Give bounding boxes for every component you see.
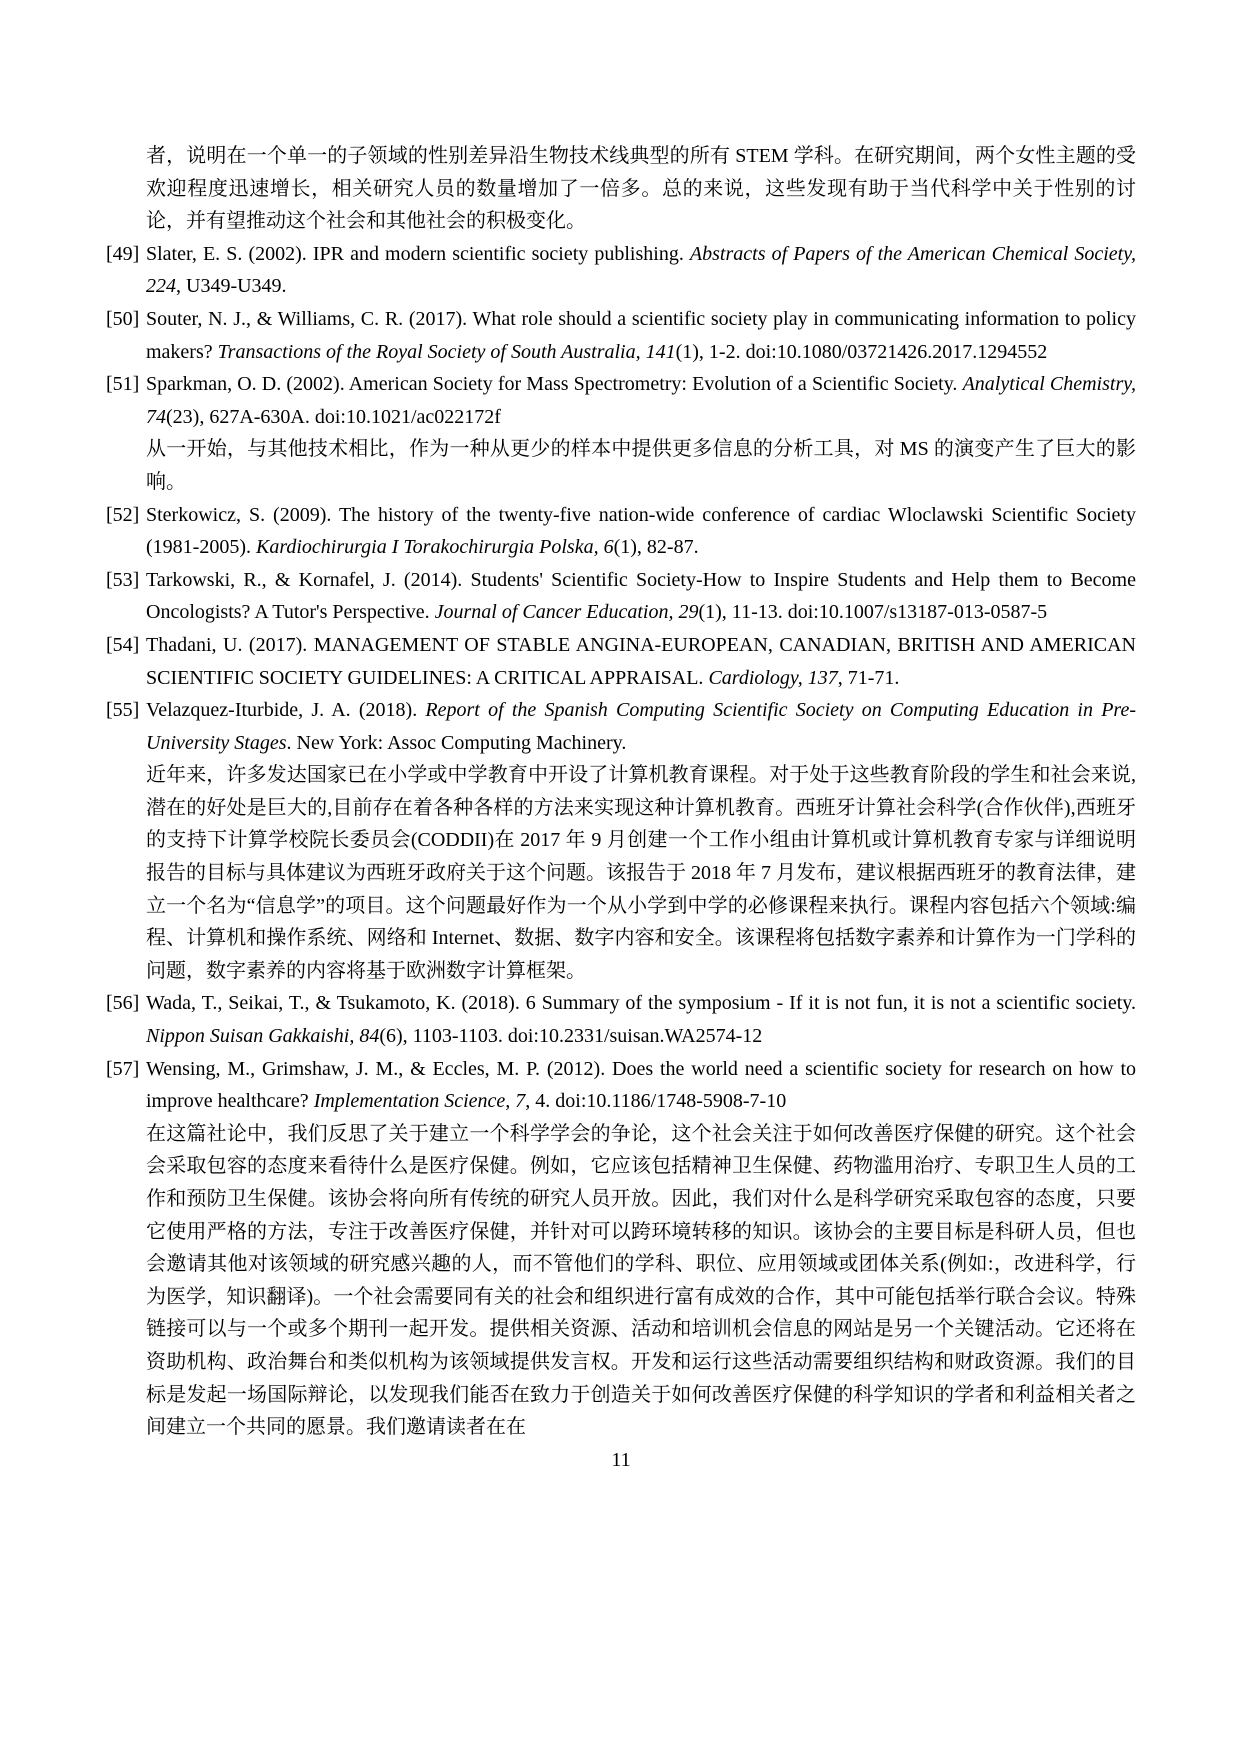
citation-text-segment: , 71-71. (838, 667, 900, 689)
reference-label: [52] (106, 499, 146, 532)
reference-item: [52]Sterkowicz, S. (2009). The history o… (106, 499, 1136, 564)
citation-journal-segment: Cardiology, 137 (708, 667, 837, 689)
reference-citation: Wensing, M., Grimshaw, J. M., & Eccles, … (146, 1058, 1136, 1113)
citation-journal-segment: Nippon Suisan Gakkaishi, 84 (146, 1025, 379, 1047)
reference-label: [50] (106, 303, 146, 336)
reference-label: [57] (106, 1053, 146, 1086)
reference-label: [54] (106, 629, 146, 662)
citation-journal-segment: Kardiochirurgia I Torakochirurgia Polska… (256, 536, 614, 558)
citation-journal-segment: Journal of Cancer Education, 29 (435, 601, 699, 623)
reference-item: [51]Sparkman, O. D. (2002). American Soc… (106, 368, 1136, 498)
reference-label: [51] (106, 368, 146, 401)
reference-item: [49]Slater, E. S. (2002). IPR and modern… (106, 238, 1136, 303)
reference-item: [50]Souter, N. J., & Williams, C. R. (20… (106, 303, 1136, 368)
citation-text-segment: (1), 82-87. (614, 536, 699, 558)
reference-citation: Sparkman, O. D. (2002). American Society… (146, 373, 1136, 428)
reference-item: [54]Thadani, U. (2017). MANAGEMENT OF ST… (106, 629, 1136, 694)
reference-item: [57]Wensing, M., Grimshaw, J. M., & Eccl… (106, 1053, 1136, 1444)
page-number: 11 (106, 1444, 1136, 1477)
reference-item: [55]Velazquez-Iturbide, J. A. (2018). Re… (106, 694, 1136, 987)
citation-text-segment: , 4. doi:10.1186/1748-5908-7-10 (525, 1090, 786, 1112)
reference-citation: Tarkowski, R., & Kornafel, J. (2014). St… (146, 569, 1136, 624)
reference-item: [53]Tarkowski, R., & Kornafel, J. (2014)… (106, 564, 1136, 629)
citation-text-segment: (1), 1-2. doi:10.1080/03721426.2017.1294… (676, 341, 1048, 363)
reference-label: [56] (106, 987, 146, 1020)
page-content: 者，说明在一个单一的子领域的性别差异沿生物技术线典型的所有 STEM 学科。在研… (106, 140, 1136, 1476)
citation-text-segment: Wada, T., Seikai, T., & Tsukamoto, K. (2… (146, 992, 1136, 1014)
reference-label: [55] (106, 694, 146, 727)
reference-label: [53] (106, 564, 146, 597)
reference-citation: Souter, N. J., & Williams, C. R. (2017).… (146, 308, 1136, 363)
citation-text-segment: (23), 627A-630A. doi:10.1021/ac022172f (166, 406, 501, 428)
paragraph-continuation: 者，说明在一个单一的子领域的性别差异沿生物技术线典型的所有 STEM 学科。在研… (146, 140, 1136, 238)
document-page: 者，说明在一个单一的子领域的性别差异沿生物技术线典型的所有 STEM 学科。在研… (0, 0, 1240, 1753)
reference-citation: Velazquez-Iturbide, J. A. (2018). Report… (146, 699, 1136, 754)
citation-text-segment: . New York: Assoc Computing Machinery. (287, 732, 627, 754)
citation-text-segment: (6), 1103-1103. doi:10.2331/suisan.WA257… (379, 1025, 762, 1047)
reference-label: [49] (106, 238, 146, 271)
reference-translation-note: 近年来，许多发达国家已在小学或中学教育中开设了计算机教育课程。对于处于这些教育阶… (146, 759, 1136, 987)
reference-citation: Sterkowicz, S. (2009). The history of th… (146, 504, 1136, 559)
citation-text-segment: Velazquez-Iturbide, J. A. (2018). (146, 699, 425, 721)
citation-text-segment: Slater, E. S. (2002). IPR and modern sci… (146, 243, 690, 265)
citation-journal-segment: Implementation Science, 7 (314, 1090, 526, 1112)
reference-citation: Slater, E. S. (2002). IPR and modern sci… (146, 243, 1136, 298)
reference-citation: Wada, T., Seikai, T., & Tsukamoto, K. (2… (146, 992, 1136, 1047)
citation-text-segment: (1), 11-13. doi:10.1007/s13187-013-0587-… (698, 601, 1047, 623)
reference-item: [56]Wada, T., Seikai, T., & Tsukamoto, K… (106, 987, 1136, 1052)
reference-list: [49]Slater, E. S. (2002). IPR and modern… (106, 238, 1136, 1444)
reference-translation-note: 从一开始，与其他技术相比，作为一种从更少的样本中提供更多信息的分析工具，对 MS… (146, 433, 1136, 498)
citation-text-segment: , U349-U349. (176, 275, 287, 297)
citation-text-segment: Thadani, U. (2017). MANAGEMENT OF STABLE… (146, 634, 1136, 689)
citation-journal-segment: Transactions of the Royal Society of Sou… (218, 341, 676, 363)
citation-text-segment: Sparkman, O. D. (2002). American Society… (146, 373, 963, 395)
reference-citation: Thadani, U. (2017). MANAGEMENT OF STABLE… (146, 634, 1136, 689)
reference-translation-note: 在这篇社论中，我们反思了关于建立一个科学学会的争论，这个社会关注于如何改善医疗保… (146, 1118, 1136, 1444)
